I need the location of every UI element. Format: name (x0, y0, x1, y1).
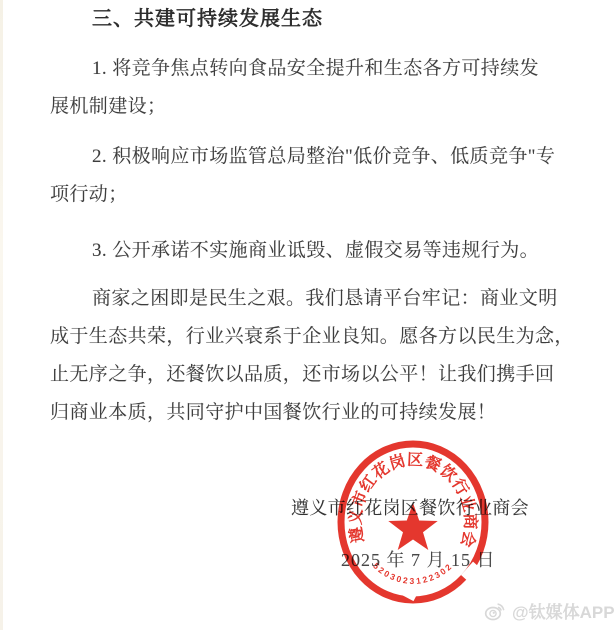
scan-edge (0, 0, 3, 630)
text-line: 2. 积极响应市场监管总局整治"低价竞争、低质竞争"专 (50, 138, 574, 176)
watermark-label: @钛媒体APP (512, 598, 614, 623)
document-page: 三、共建可持续发展生态 1. 将竞争焦点转向食品安全提升和生态各方可持续发 展机… (0, 0, 614, 630)
text-line: 展机制建设； (50, 88, 574, 126)
weibo-icon (483, 599, 507, 623)
star-icon (388, 503, 437, 550)
official-seal: 遵义市红花岗区餐饮行业商会 5203023122302 (333, 437, 493, 607)
watermark: @钛媒体APP (483, 598, 614, 623)
paragraph-4: 商家之困即是民生之艰。我们恳请平台牢记：商业文明 成于生态共荣，行业兴衰系于企业… (50, 280, 574, 432)
text-line: 商家之困即是民生之艰。我们恳请平台牢记：商业文明 (50, 280, 574, 318)
paragraph-1: 1. 将竞争焦点转向食品安全提升和生态各方可持续发 展机制建设； (50, 50, 574, 126)
text-line: 项行动； (50, 176, 574, 214)
paragraph-3: 3. 公开承诺不实施商业诋毁、虚假交易等违规行为。 (50, 232, 574, 270)
text-line: 止无序之争，还餐饮以品质，还市场以公平！让我们携手回 (50, 356, 574, 394)
paragraph-2: 2. 积极响应市场监管总局整治"低价竞争、低质竞争"专 项行动； (50, 138, 574, 214)
text-line: 3. 公开承诺不实施商业诋毁、虚假交易等违规行为。 (50, 232, 574, 270)
text-line: 1. 将竞争焦点转向食品安全提升和生态各方可持续发 (50, 50, 574, 88)
text-line: 成于生态共荣，行业兴衰系于企业良知。愿各方以民生为念， (50, 318, 574, 356)
text-line: 归商业本质，共同守护中国餐饮行业的可持续发展！ (50, 394, 574, 432)
seal-code: 5203023122302 (371, 561, 455, 586)
section-heading: 三、共建可持续发展生态 (50, 6, 570, 32)
